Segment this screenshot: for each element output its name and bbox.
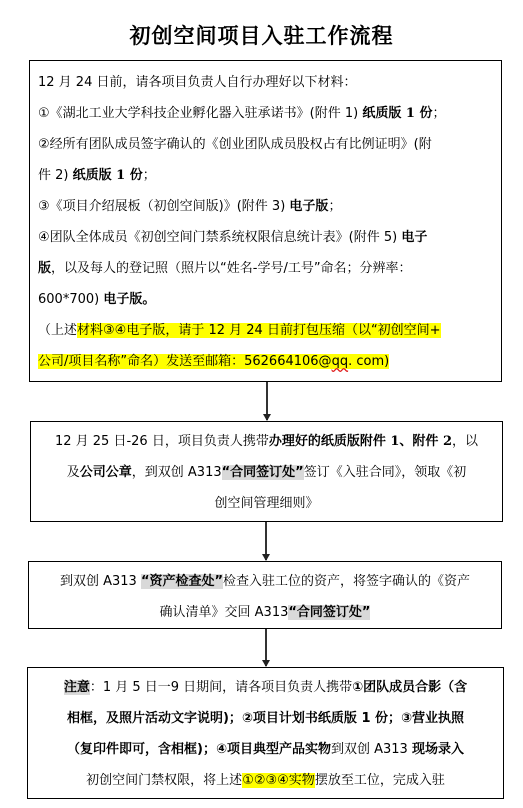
step-4-text: 摆放至工位，完成入驻 [315, 773, 445, 788]
material-item-4-format-end: 电子版。 [103, 292, 155, 307]
step-1-intro: 12 月 24 日前，请各项目负责人自行办理好以下材料： [38, 67, 501, 98]
material-item-4-resolution: 600*700) [38, 292, 99, 307]
submission-note-prefix: （上述 [38, 323, 77, 338]
material-item-3-text: ③《项目介绍展板（初创空间版)》(附件 3) [38, 199, 285, 214]
material-item-1-text: ①《湖北工业大学科技企业孵化器入驻承诺书》(附件 1) [38, 106, 358, 121]
step-1-box: 12 月 24 日前，请各项目负责人自行办理好以下材料： ①《湖北工业大学科技企… [29, 60, 502, 382]
step-4-date-text: ：1 月 5 日一9 日期间，请各项目负责人携带 [90, 680, 352, 695]
material-item-4-format-cont: 版 [38, 261, 51, 276]
step-2-line-3: 创空间管理细则》 [31, 488, 502, 519]
step-2-text: 及 [67, 465, 80, 480]
submission-note: （上述材料③④电子版，请于 12 月 24 日前打包压缩（以“初创空间+ [38, 315, 501, 346]
material-item-2-cont: 件 2) 纸质版 1 份； [38, 160, 501, 191]
step-4-onsite-entry: 现场录入 [412, 742, 464, 757]
step-3-text: 确认清单》交回 A313 [160, 605, 289, 620]
step-2-text: ，以 [452, 434, 478, 449]
material-item-4: ④团队全体成员《初创空间门禁系统权限信息统计表》(附件 5) 电子 [38, 222, 501, 253]
material-item-1: ①《湖北工业大学科技企业孵化器入驻承诺书》(附件 1) 纸质版 1 份； [38, 98, 501, 129]
step-4-item-1: ①团队成员合影（含 [352, 680, 467, 695]
step-2-box: 12 月 25 日-26 日，项目负责人携带办理好的纸质版附件 1、附件 2，以… [30, 421, 503, 522]
material-item-4-text: ④团队全体成员《初创空间门禁系统权限信息统计表》(附件 5) [38, 230, 397, 245]
step-2-location: ，到双创 A313 [132, 465, 222, 480]
arrow-down-icon [265, 522, 267, 560]
punctuation: ； [143, 168, 156, 183]
step-4-line-1: 注意：1 月 5 日一9 日期间，请各项目负责人携带①团队成员合影（含 [28, 672, 503, 703]
step-4-location: 到双创 A313 [331, 742, 412, 757]
material-item-2-format: 纸质版 1 份 [73, 168, 143, 183]
page-title: 初创空间项目入驻工作流程 [0, 20, 523, 50]
material-item-4-cont: 版，以及每人的登记照（照片以“姓名-学号/工号”命名；分辨率： [38, 253, 501, 284]
material-item-2-text-cont: 件 2) [38, 168, 68, 183]
step-2-text: 签订《入驻合同》，领取《初 [304, 465, 467, 480]
punctuation: ； [432, 106, 445, 121]
contract-office-label: “合同签订处” [288, 605, 370, 620]
step-2-line-2: 及公司公章，到双创 A313“合同签订处”签订《入驻合同》，领取《初 [31, 457, 502, 488]
arrow-down-icon [265, 629, 267, 666]
step-2-company-seal: 公司公章 [80, 465, 132, 480]
notice-label: 注意 [64, 680, 90, 695]
material-item-4-format: 电子 [401, 230, 427, 245]
step-4-line-2: 相框，及照片活动文字说明)；②项目计划书纸质版 1 份；③营业执照 [28, 703, 503, 734]
punctuation: ； [328, 199, 341, 214]
step-3-box: 到双创 A313 “资产检查处”检查入驻工位的资产，将签字确认的《资产 确认清单… [28, 561, 502, 629]
submission-email-domain: qq [332, 354, 349, 369]
step-4-box: 注意：1 月 5 日一9 日期间，请各项目负责人携带①团队成员合影（含 相框，及… [27, 667, 504, 799]
step-2-line-1: 12 月 25 日-26 日，项目负责人携带办理好的纸质版附件 1、附件 2，以 [31, 426, 502, 457]
step-4-line-3: （复印件即可，含相框)；④项目典型产品实物到双创 A313 现场录入 [28, 734, 503, 765]
contract-office-label: “合同签订处” [222, 465, 304, 480]
step-3-location: 到双创 A313 [60, 574, 141, 589]
step-4-item-3-4: （复印件即可，含相框)；④项目典型产品实物 [67, 742, 331, 757]
submission-note-cont: 公司/项目名称”命名）发送至邮箱：562664106@qq. com) [38, 346, 501, 377]
submission-email-suffix: . com) [348, 354, 389, 369]
material-item-1-format: 纸质版 1 份 [362, 106, 432, 121]
material-item-2-text: ②经所有团队成员签字确认的《创业团队成员股权占有比例证明》(附 [38, 137, 432, 152]
step-4-text: 初创空间门禁权限，将上述 [86, 773, 242, 788]
material-item-3: ③《项目介绍展板（初创空间版)》(附件 3) 电子版； [38, 191, 501, 222]
step-4-items-highlight: ①②③④实物 [242, 773, 315, 788]
step-2-date-text: 12 月 25 日-26 日，项目负责人携带 [55, 434, 269, 449]
submission-note-highlight: 材料③④电子版，请于 12 月 24 日前打包压缩（以“初创空间+ [77, 323, 441, 338]
step-2-documents: 办理好的纸质版附件 1、附件 2 [269, 434, 452, 449]
step-3-text: 检查入驻工位的资产，将签字确认的《资产 [223, 574, 470, 589]
step-4-line-4: 初创空间门禁权限，将上述①②③④实物摆放至工位，完成入驻 [28, 765, 503, 796]
arrow-down-icon [266, 382, 268, 420]
material-item-4-photo-note: ，以及每人的登记照（照片以“姓名-学号/工号”命名；分辨率： [51, 261, 412, 276]
step-3-line-2: 确认清单》交回 A313“合同签订处” [29, 597, 501, 628]
material-item-2: ②经所有团队成员签字确认的《创业团队成员股权占有比例证明》(附 [38, 129, 501, 160]
asset-check-office-label: “资产检查处” [141, 574, 223, 589]
submission-email-prefix: 公司/项目名称”命名）发送至邮箱：562664106@ [38, 354, 332, 369]
step-3-line-1: 到双创 A313 “资产检查处”检查入驻工位的资产，将签字确认的《资产 [29, 566, 501, 597]
material-item-4-cont-2: 600*700) 电子版。 [38, 284, 501, 315]
material-item-3-format: 电子版 [289, 199, 328, 214]
